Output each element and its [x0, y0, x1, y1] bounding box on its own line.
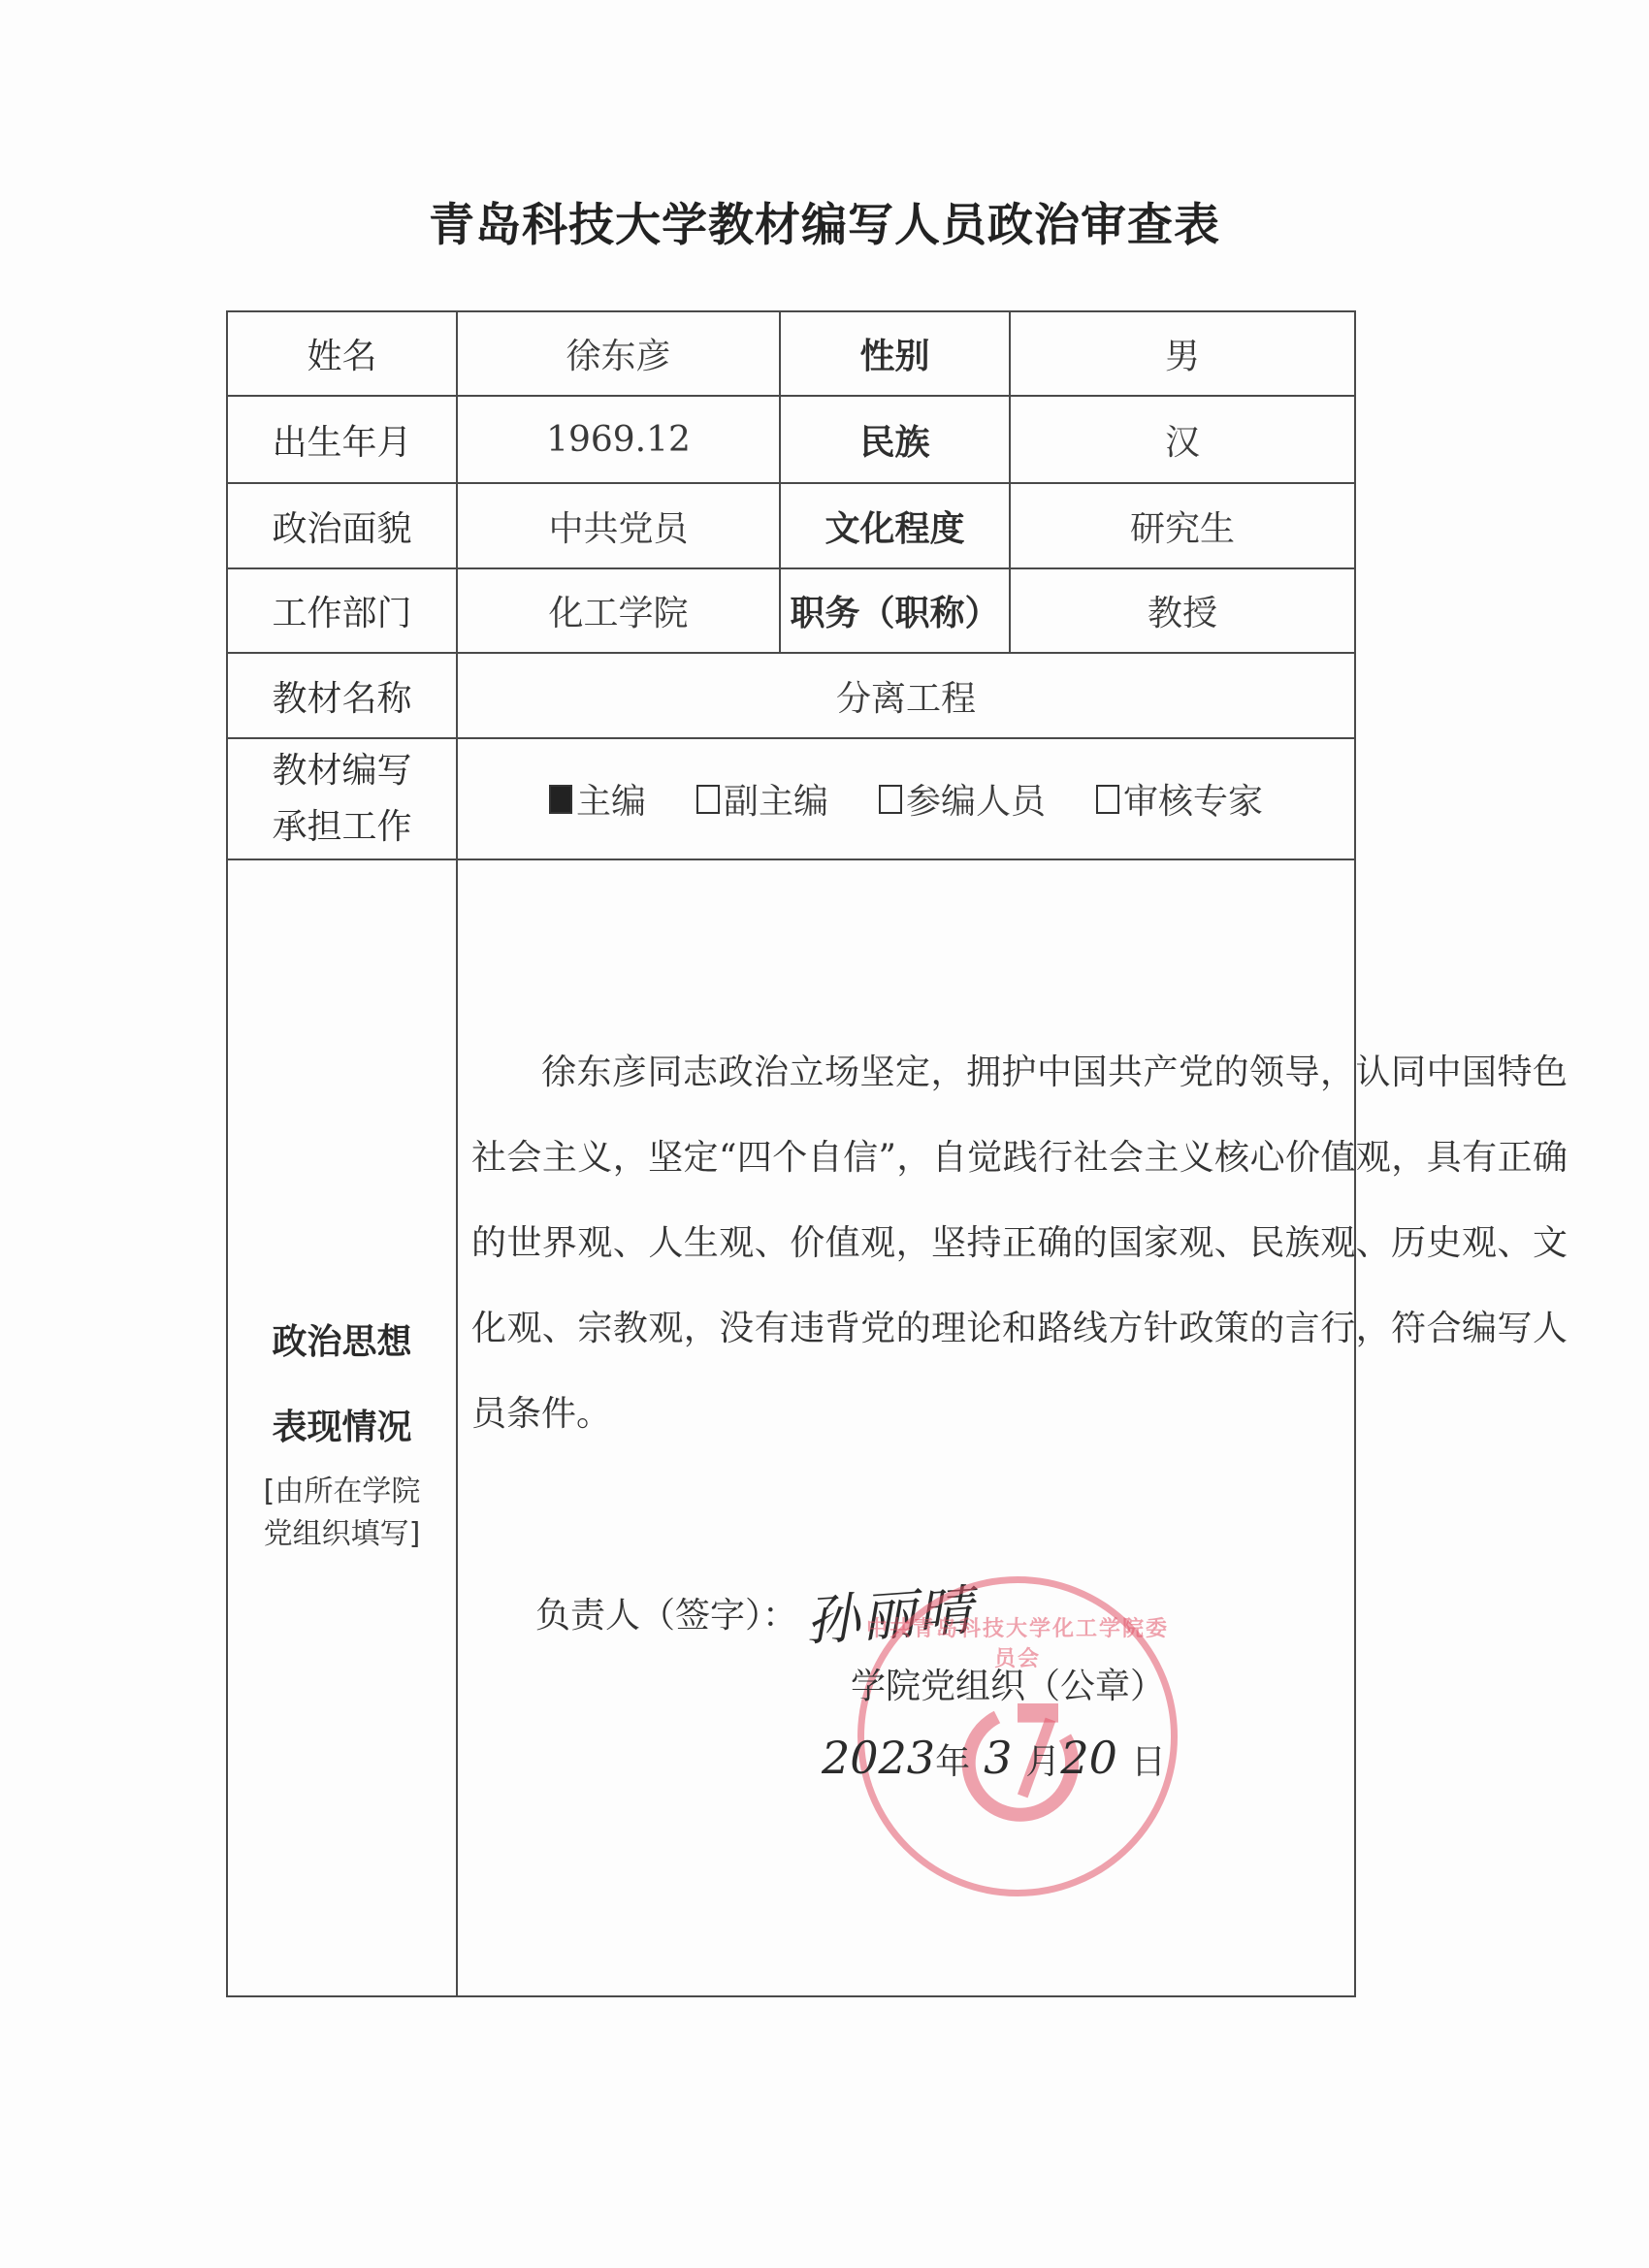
- value-position: 教授: [1010, 568, 1355, 653]
- role-option-label: 参编人员: [906, 774, 1046, 824]
- label-political-note2: 党组织填写]: [264, 1513, 421, 1556]
- label-gender: 性别: [780, 311, 1010, 396]
- checkbox-unchecked-icon[interactable]: [879, 785, 902, 814]
- label-department: 工作部门: [227, 568, 457, 653]
- form-row-role: 教材编写 承担工作 主编 副主编 参编人员 审核专家: [227, 738, 1355, 859]
- role-option-deputy-editor[interactable]: 副主编: [696, 774, 828, 824]
- label-position: 职务（职称）: [780, 568, 1010, 653]
- review-statement: 徐东彦同志政治立场坚定，拥护中国共产党的领导，认同中国特色社会主义，坚定“四个自…: [471, 1030, 1568, 1457]
- label-name: 姓名: [227, 311, 457, 396]
- label-ethnicity: 民族: [780, 396, 1010, 483]
- label-textbook: 教材名称: [227, 653, 457, 738]
- label-role-line1: 教材编写: [228, 743, 456, 799]
- political-review-form: 姓名 徐东彦 性别 男 出生年月 1969.12 民族 汉 政治面貌 中共党员 …: [226, 310, 1356, 1997]
- role-option-label: 副主编: [724, 774, 828, 824]
- label-political-note1: [由所在学院: [264, 1471, 421, 1513]
- date-month: 3: [984, 1732, 1012, 1784]
- date-year-unit: 年: [935, 1734, 970, 1784]
- value-education: 研究生: [1010, 483, 1355, 568]
- label-role: 教材编写 承担工作: [227, 738, 457, 859]
- value-name: 徐东彦: [457, 311, 780, 396]
- signer-label: 负责人（签字）：: [535, 1588, 797, 1637]
- form-row-birth: 出生年月 1969.12 民族 汉: [227, 396, 1355, 483]
- label-political-review: 政治思想 表现情况 [由所在学院 党组织填写]: [227, 859, 457, 1996]
- value-birth: 1969.12: [457, 396, 780, 483]
- role-option-contributor[interactable]: 参编人员: [879, 774, 1046, 824]
- role-option-chief-editor[interactable]: 主编: [549, 774, 646, 824]
- checkbox-unchecked-icon[interactable]: [1096, 785, 1119, 814]
- label-political-line1: 政治思想: [272, 1300, 411, 1385]
- label-education: 文化程度: [780, 483, 1010, 568]
- role-option-label: 主编: [576, 774, 646, 824]
- sign-date: 2023 年 3 月 20 日: [822, 1732, 1166, 1784]
- label-political-status: 政治面貌: [227, 483, 457, 568]
- value-political-status: 中共党员: [457, 483, 780, 568]
- checkbox-checked-icon[interactable]: [549, 785, 572, 814]
- value-ethnicity: 汉: [1010, 396, 1355, 483]
- date-day-unit: 日: [1131, 1734, 1166, 1784]
- label-role-line2: 承担工作: [228, 799, 456, 856]
- value-gender: 男: [1010, 311, 1355, 396]
- form-row-textbook: 教材名称 分离工程: [227, 653, 1355, 738]
- label-political-line2: 表现情况: [272, 1385, 411, 1471]
- org-seal-label: 学院党组织（公章）: [851, 1659, 1165, 1708]
- value-department: 化工学院: [457, 568, 780, 653]
- date-year: 2023: [822, 1732, 935, 1784]
- checkbox-unchecked-icon[interactable]: [696, 785, 720, 814]
- form-row-political: 政治面貌 中共党员 文化程度 研究生: [227, 483, 1355, 568]
- form-row-political-review: 政治思想 表现情况 [由所在学院 党组织填写] 徐东彦同志政治立场坚定，拥护中国…: [227, 859, 1355, 1996]
- role-options: 主编 副主编 参编人员 审核专家: [457, 738, 1355, 859]
- political-review-content: 徐东彦同志政治立场坚定，拥护中国共产党的领导，认同中国特色社会主义，坚定“四个自…: [457, 859, 1355, 1996]
- form-row-name: 姓名 徐东彦 性别 男: [227, 311, 1355, 396]
- label-birth: 出生年月: [227, 396, 457, 483]
- role-option-reviewer[interactable]: 审核专家: [1096, 774, 1263, 824]
- date-month-unit: 月: [1025, 1734, 1060, 1784]
- form-row-department: 工作部门 化工学院 职务（职称） 教授: [227, 568, 1355, 653]
- date-day: 20: [1060, 1732, 1117, 1784]
- page-title: 青岛科技大学教材编写人员政治审查表: [0, 189, 1649, 254]
- role-option-label: 审核专家: [1123, 774, 1263, 824]
- value-textbook: 分离工程: [457, 653, 1355, 738]
